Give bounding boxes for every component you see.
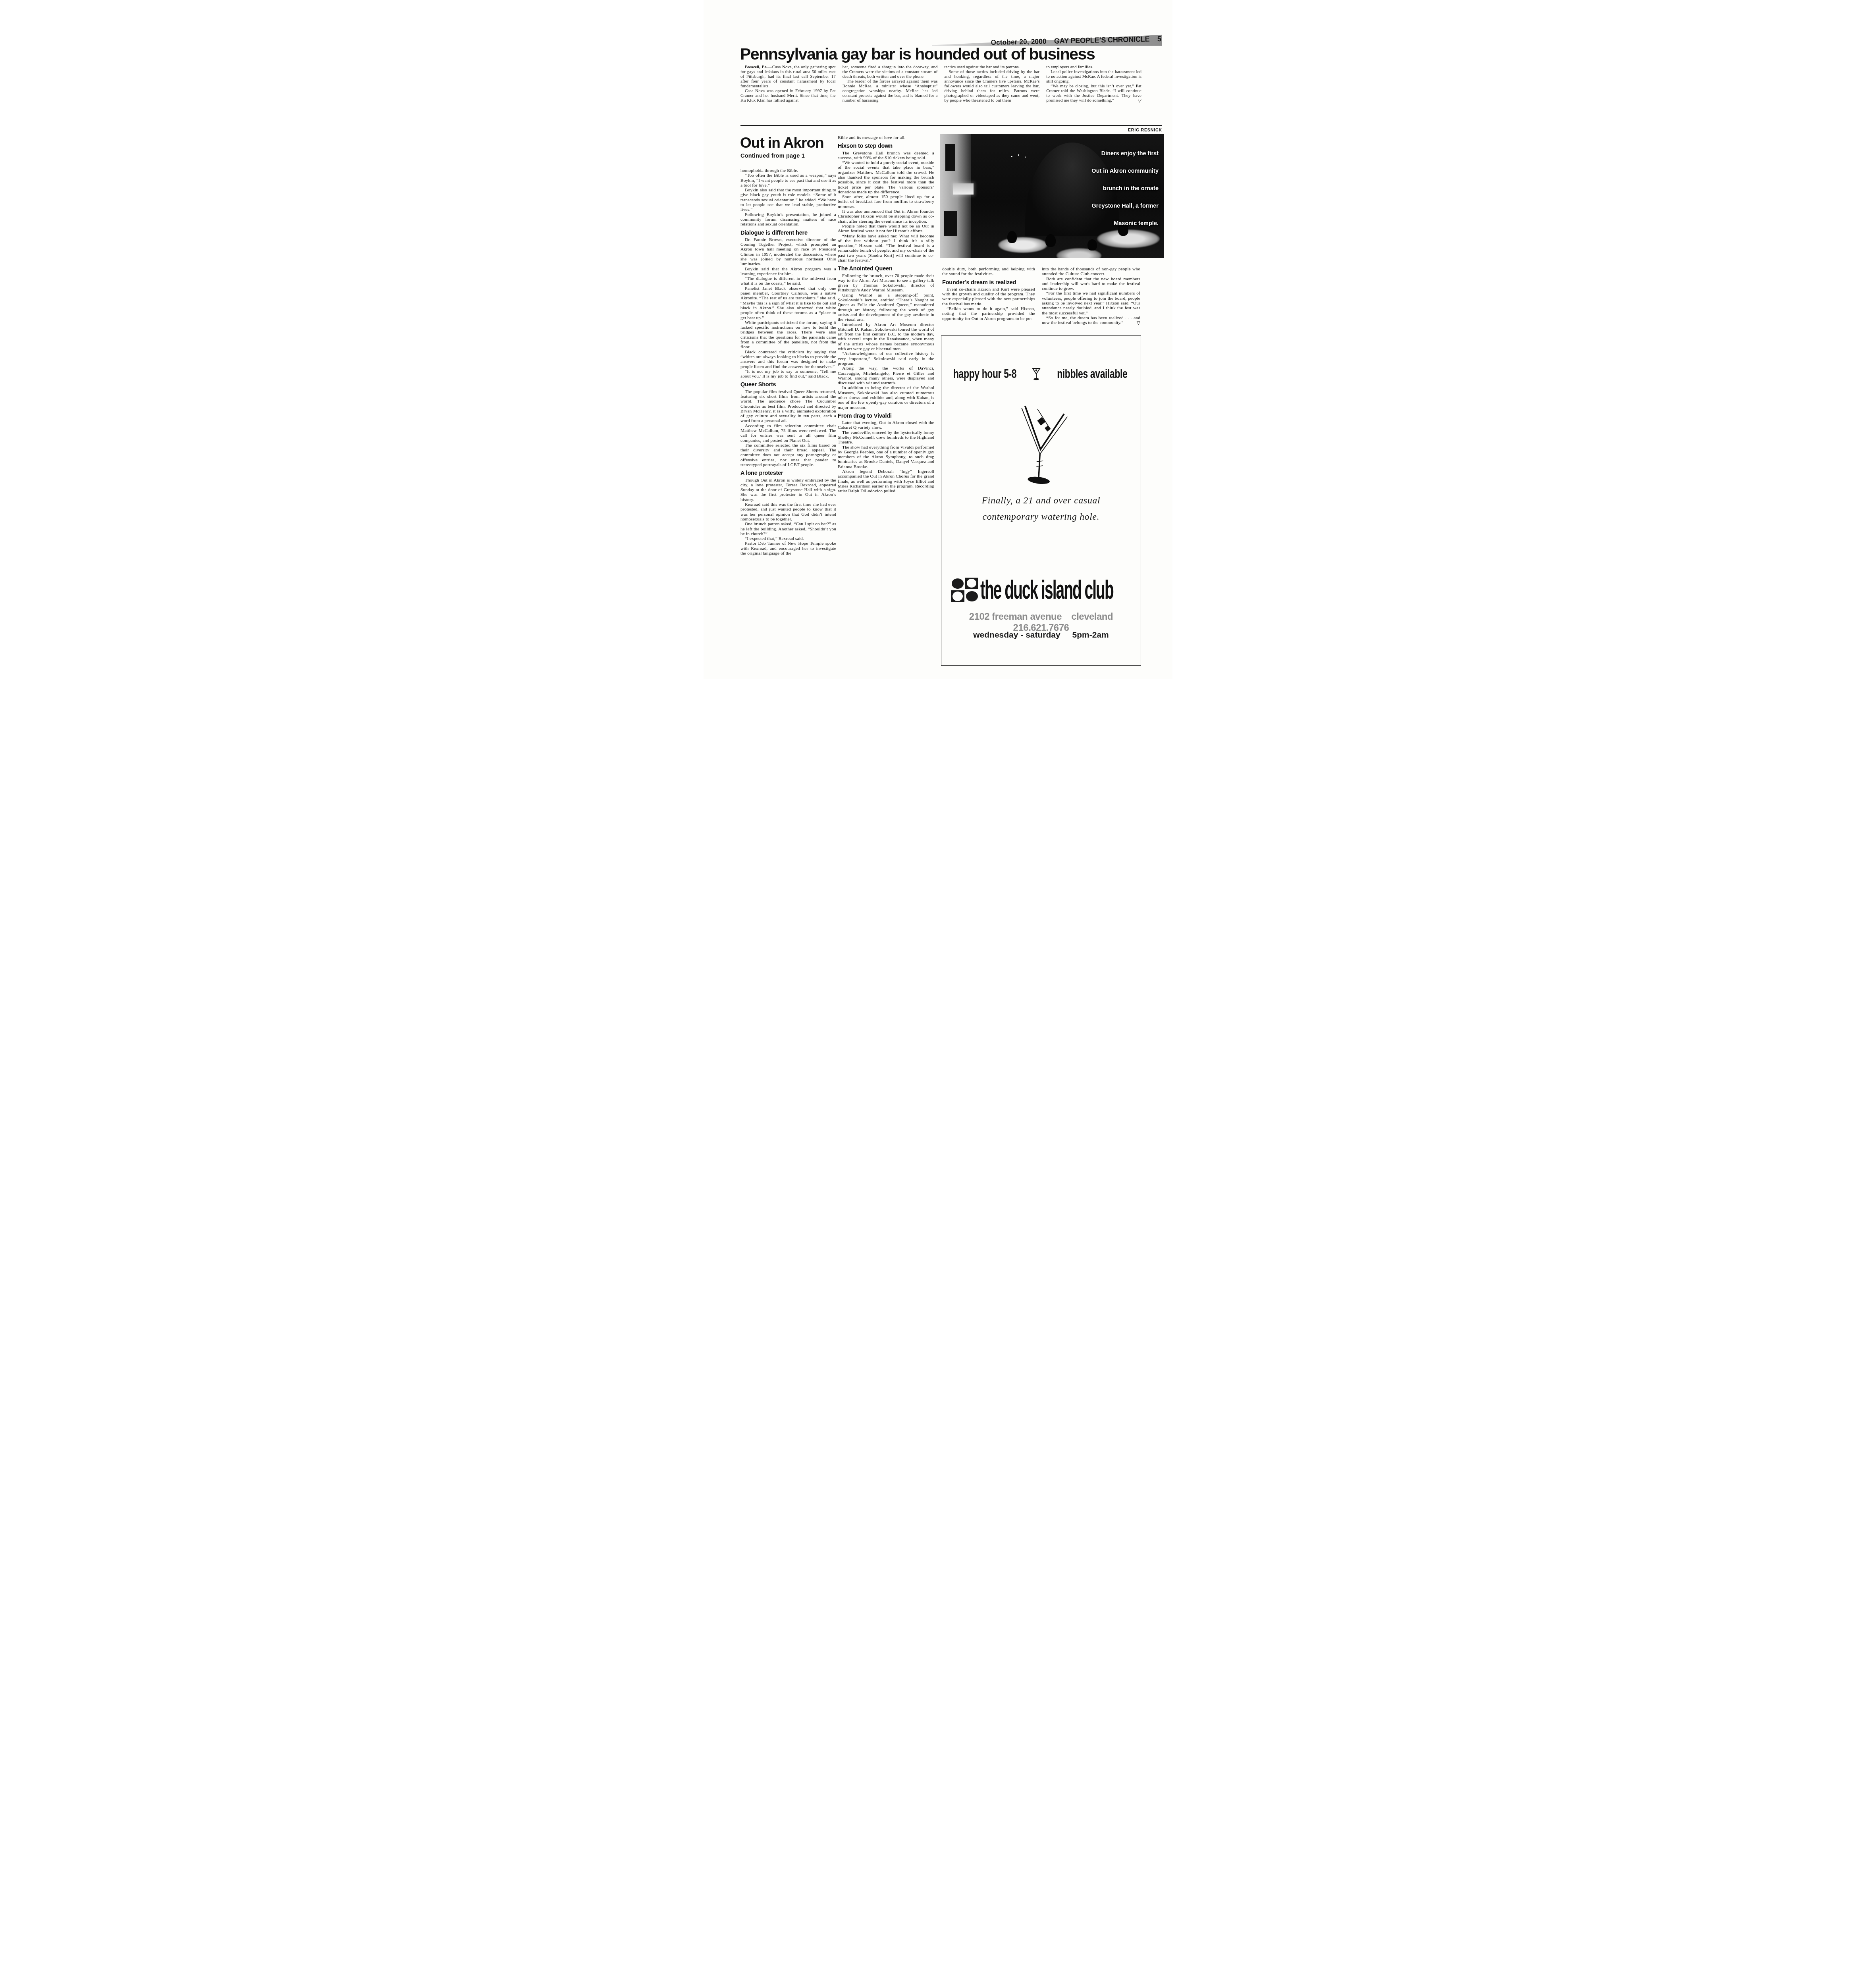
paragraph: Boswell, Pa.—Casa Nova, the only gatheri… <box>740 65 836 89</box>
caption-line: Diners enjoy the first <box>1091 145 1159 162</box>
paragraph: The committee selected the six films bas… <box>740 443 836 467</box>
paragraph: “I expected that,” Rexroad said. <box>740 536 836 541</box>
photo-caption: Diners enjoy the firstOut in Akron commu… <box>1091 145 1159 232</box>
lead-story-column-2: her, someone fired a shotgun into the do… <box>843 65 938 103</box>
paragraph: The leader of the forces arrayed against… <box>843 79 938 103</box>
continued-article-title: Out in Akron <box>740 135 824 150</box>
duck-island-club-ad: happy hour 5-8 nibbles available <box>941 335 1141 666</box>
paragraph: Black countered the criticism by saying … <box>740 350 836 369</box>
photo-table <box>998 237 1047 253</box>
akron-column-2: Bible and its message of love for all.Hi… <box>838 135 934 494</box>
lead-story-column-3: tactics used against the bar and its pat… <box>945 65 1040 103</box>
paragraph: White participants criticized the forum,… <box>740 320 836 350</box>
paragraph: “Belkin wants to do it again,” said Hixs… <box>942 306 1035 321</box>
paragraph: to employers and families. <box>1046 65 1141 69</box>
lead-story: Boswell, Pa.—Casa Nova, the only gatheri… <box>740 65 1141 103</box>
section-subhead: From drag to Vivaldi <box>838 413 934 419</box>
paragraph: Panelist Janet Black observed that only … <box>740 286 836 320</box>
continued-from-note: Continued from page 1 <box>740 153 805 159</box>
martini-glass-icon <box>1032 368 1041 384</box>
paragraph: Akron legend Deborah “Ingy” Ingersoll ac… <box>838 469 934 493</box>
martini-glass-graphic <box>941 403 1141 490</box>
lead-headline: Pennsylvania gay bar is hounded out of b… <box>740 46 1141 62</box>
paragraph: Introduced by Akron Art Museum director … <box>838 322 934 352</box>
photo-window-light <box>953 183 974 195</box>
paragraph: According to film selection committee ch… <box>740 424 836 443</box>
paragraph: Following the brunch, over 70 people mad… <box>838 274 934 293</box>
caption-line: Greystone Hall, a former <box>1091 197 1159 215</box>
paragraph: “Too often the Bible is used as a weapon… <box>740 173 836 188</box>
brunch-photo: Diners enjoy the firstOut in Akron commu… <box>940 134 1164 258</box>
paragraph: “The dialogue is different in the midwes… <box>740 276 836 286</box>
caption-line: brunch in the ornate <box>1091 180 1159 197</box>
paragraph: The vaudeville, emceed by the hysterical… <box>838 430 934 445</box>
paragraph: “It is not my job to say to someone, ‘Te… <box>740 369 836 379</box>
end-of-article-mark: ▽ <box>1132 320 1140 325</box>
photo-diner-silhouette <box>1007 231 1017 243</box>
paragraph: homophobia through the Bible. <box>740 168 836 173</box>
caption-line: Masonic temple. <box>1091 215 1159 232</box>
paragraph: People noted that there would not be an … <box>838 224 934 234</box>
paragraph: her, someone fired a shotgun into the do… <box>843 65 938 79</box>
photo-wall-shape <box>940 134 971 258</box>
paragraph: tactics used against the bar and its pat… <box>945 65 1040 69</box>
paragraph: The popular film festival Queer Shorts r… <box>740 389 836 424</box>
paragraph: double duty, both performing and helping… <box>942 267 1035 277</box>
paragraph: Local police investigations into the har… <box>1046 69 1141 84</box>
lead-story-column-1: Boswell, Pa.—Casa Nova, the only gatheri… <box>740 65 836 103</box>
club-hours-line: wednesday - saturday 5pm-2am <box>941 630 1141 640</box>
paragraph: Boykin said that the Akron program was a… <box>740 267 836 277</box>
paragraph: It was also announced that Out in Akron … <box>838 209 934 224</box>
section-subhead: Queer Shorts <box>740 382 836 388</box>
paragraph: The Greystone Hall brunch was deemed a s… <box>838 151 934 161</box>
section-subhead: Founder’s dream is realized <box>942 280 1035 286</box>
paragraph: Bible and its message of love for all. <box>838 135 934 140</box>
paragraph: Using Warhol as a stepping-off point, So… <box>838 293 934 322</box>
paragraph: “Many folks have asked me: What will bec… <box>838 234 934 263</box>
duck-island-logo-icon <box>951 578 979 602</box>
paragraph: Boykin also said that the most important… <box>740 188 836 212</box>
section-subhead: Hixson to step down <box>838 143 934 149</box>
section-subhead: A lone protester <box>740 470 836 476</box>
lead-story-column-4: to employers and families.Local police i… <box>1046 65 1141 103</box>
paragraph: One brunch patron asked, “Can I spit on … <box>740 522 836 536</box>
club-identity-row: the duck island club <box>951 576 1134 603</box>
club-city: cleveland <box>1071 611 1113 622</box>
paragraph: into the hands of thousands of non-gay p… <box>1042 267 1140 277</box>
paragraph: Event co-chairs Hixson and Kurt were ple… <box>942 287 1035 306</box>
section-divider-rule <box>740 125 1162 126</box>
newspaper-page: October 20, 2000 GAY PEOPLE’S CHRONICLE … <box>704 0 1172 679</box>
paragraph: In addition to being the director of the… <box>838 385 934 410</box>
photo-chandelier-lights <box>1007 154 1030 164</box>
happy-hour-text: happy hour 5-8 <box>953 367 1016 381</box>
photo-diner-silhouette <box>1087 239 1097 251</box>
paragraph: Though Out in Akron is widely embraced b… <box>740 478 836 502</box>
end-of-article-mark: ▽ <box>1134 98 1141 103</box>
tagline-line: Finally, a 21 and over casual <box>941 495 1141 506</box>
paragraph: Rexroad said this was the first time she… <box>740 502 836 522</box>
paragraph: Following Boykin’s presentation, he join… <box>740 212 836 227</box>
club-name: the duck island club <box>980 575 1113 605</box>
happy-hour-banner: happy hour 5-8 nibbles available <box>941 367 1141 384</box>
paragraph: The show had everything from Vivaldi per… <box>838 445 934 469</box>
photo-table <box>1097 229 1160 248</box>
paper-title: GAY PEOPLE’S CHRONICLE <box>1054 35 1150 46</box>
paragraph: Pastor Deb Tanner of New Hope Temple spo… <box>740 541 836 556</box>
club-days: wednesday - saturday <box>973 630 1060 640</box>
nibbles-text: nibbles available <box>1057 367 1127 381</box>
ad-tagline: Finally, a 21 and over casualcontemporar… <box>941 495 1141 528</box>
paragraph: Some of those tactics included driving b… <box>945 69 1040 103</box>
paragraph: “Acknowledgment of our collective histor… <box>838 351 934 366</box>
paragraph: “We may be closing, but this isn’t over … <box>1046 84 1141 103</box>
section-subhead: The Anointed Queen <box>838 266 934 272</box>
photo-credit: ERIC RESNICK <box>1128 128 1162 133</box>
paragraph: Later that evening, Out in Akron closed … <box>838 420 934 430</box>
paragraph: “We wanted to hold a purely social event… <box>838 160 934 195</box>
paragraph: Along the way, the works of DaVinci, Car… <box>838 366 934 385</box>
caption-line: Out in Akron community <box>1091 162 1159 180</box>
akron-column-3: double duty, both performing and helping… <box>942 267 1035 321</box>
paragraph: “For the first time we had significant n… <box>1042 291 1140 315</box>
tagline-line: contemporary watering hole. <box>941 512 1141 522</box>
section-subhead: Dialogue is different here <box>740 230 836 236</box>
paragraph: Dr. Fannie Brown, executive director of … <box>740 237 836 267</box>
club-open-hours: 5pm-2am <box>1072 630 1109 640</box>
paragraph: Both are confident that the new board me… <box>1042 277 1140 291</box>
akron-column-1: homophobia through the Bible.“Too often … <box>740 168 836 556</box>
akron-column-4: into the hands of thousands of non-gay p… <box>1042 267 1140 326</box>
photo-diner-silhouette <box>1045 234 1056 247</box>
paragraph: “So for me, the dream has been realized … <box>1042 316 1140 326</box>
club-street: 2102 freeman avenue <box>969 611 1062 622</box>
paragraph: Casa Nova was opened in February 1997 by… <box>740 89 836 103</box>
page-number: 5 <box>1157 35 1161 43</box>
paragraph: Soon after, almost 150 people lined up f… <box>838 195 934 209</box>
